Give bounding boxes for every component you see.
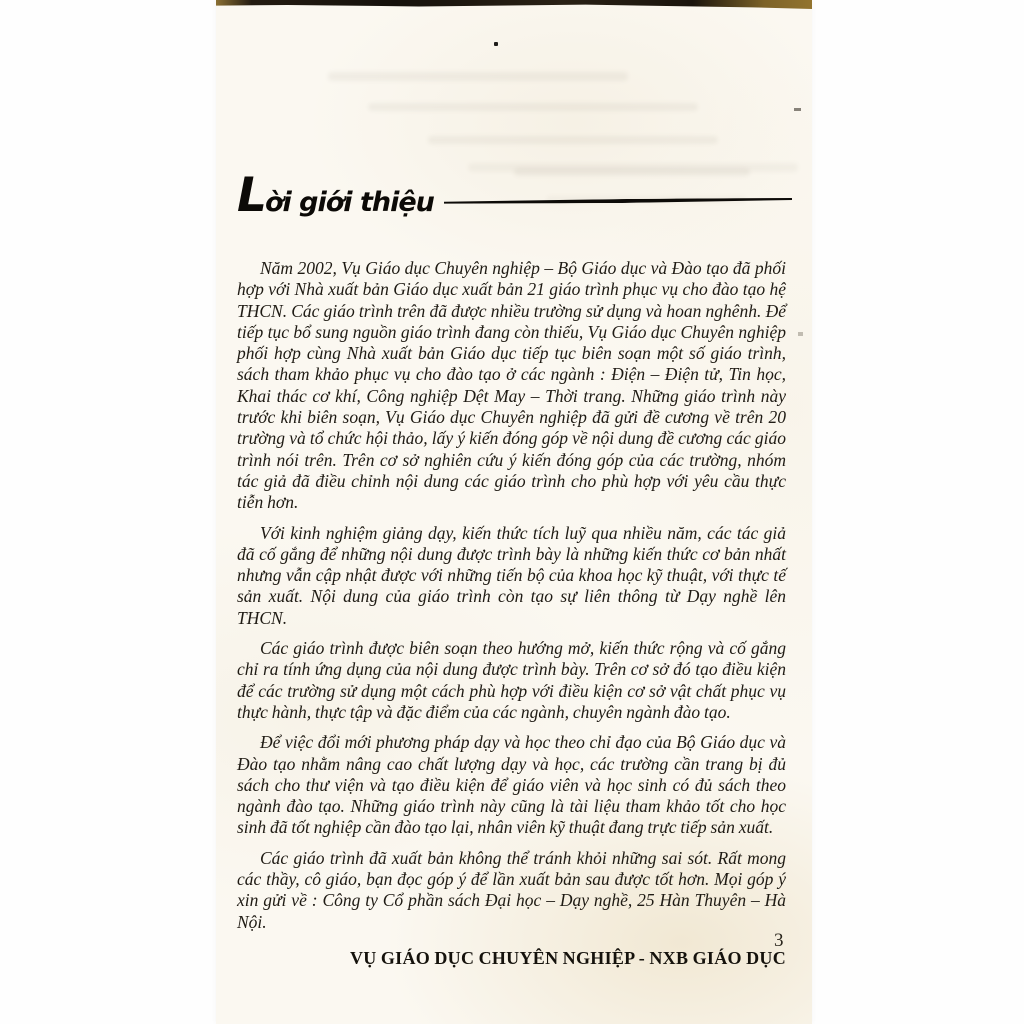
ink-speck	[494, 42, 498, 46]
ink-speck	[798, 332, 803, 336]
paragraph: Các giáo trình được biên soạn theo hướng…	[237, 638, 786, 723]
title-drop-cap: L	[237, 168, 265, 223]
bleedthrough-artifact	[468, 163, 798, 172]
ink-speck	[794, 108, 801, 111]
page-number: 3	[774, 930, 784, 952]
signature-line: VỤ GIÁO DỤC CHUYÊN NGHIỆP - NXB GIÁO DỤC	[237, 948, 786, 969]
paragraph: Năm 2002, Vụ Giáo dục Chuyên nghiệp – Bộ…	[237, 258, 786, 514]
title-rule	[444, 197, 792, 204]
paragraph: Các giáo trình đã xuất bản không thể trá…	[237, 848, 786, 933]
body-text: Năm 2002, Vụ Giáo dục Chuyên nghiệp – Bộ…	[237, 258, 786, 969]
page-paper: Lời giới thiệu Năm 2002, Vụ Giáo dục Chu…	[216, 0, 812, 1024]
page-title: Lời giới thiệu	[237, 172, 434, 219]
scanned-book-page: Lời giới thiệu Năm 2002, Vụ Giáo dục Chu…	[0, 0, 1024, 1024]
title-text: ời giới thiệu	[265, 187, 434, 218]
scan-edge-artifact	[216, 0, 812, 9]
paragraph: Với kinh nghiệm giảng dạy, kiến thức tíc…	[237, 523, 786, 629]
section-title-row: Lời giới thiệu	[237, 172, 792, 219]
paragraph: Để việc đổi mới phương pháp dạy và học t…	[237, 732, 786, 838]
bleedthrough-artifact	[328, 72, 628, 81]
bleedthrough-artifact	[368, 103, 698, 111]
bleedthrough-artifact	[428, 136, 718, 144]
